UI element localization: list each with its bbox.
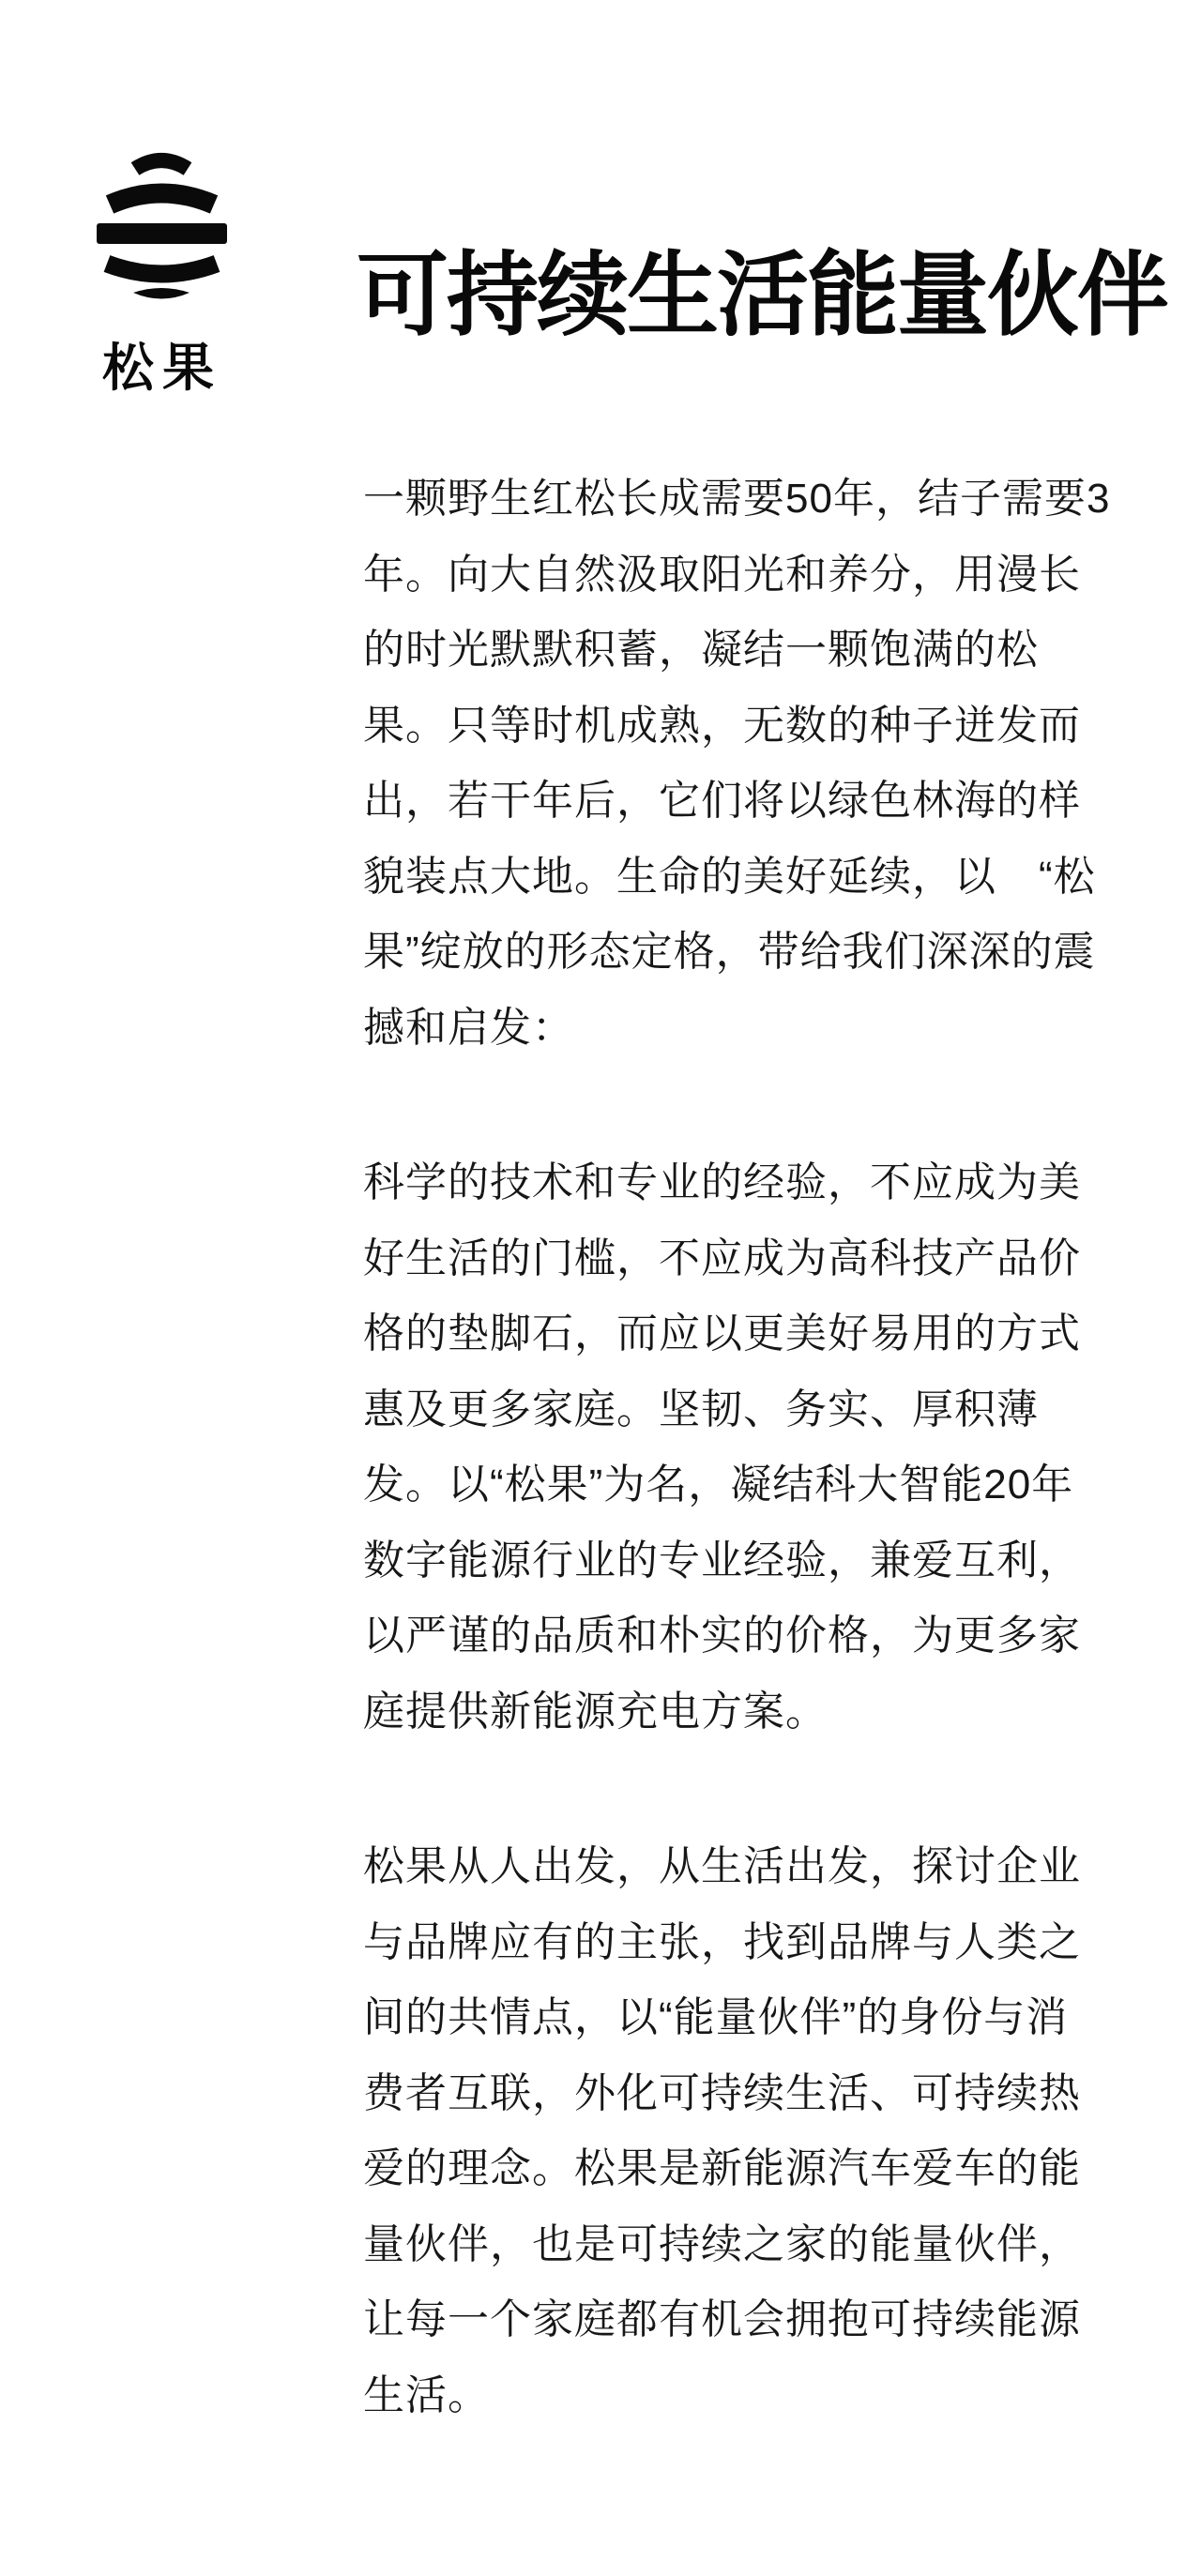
brand-story-article: 一颗野生红松长成需要50年，结子需要3 年。向大自然汲取阳光和养分，用漫长 的时… bbox=[363, 462, 1189, 2433]
logo-wordmark: 松果 bbox=[102, 340, 222, 396]
paragraph-origin-story: 一颗野生红松长成需要50年，结子需要3 年。向大自然汲取阳光和养分，用漫长 的时… bbox=[363, 462, 1189, 1066]
paragraph-philosophy: 科学的技术和专业的经验，不应成为美 好生活的门槛，不应成为高科技产品价 格的垫脚… bbox=[363, 1145, 1189, 1750]
pinecone-stripes-icon bbox=[94, 148, 230, 308]
page-title: 可持续生活能量伙伴 bbox=[357, 246, 1167, 343]
paragraph-mission: 松果从人出发，从生活出发，探讨企业 与品牌应有的主张，找到品牌与人类之 间的共情… bbox=[363, 1829, 1189, 2433]
